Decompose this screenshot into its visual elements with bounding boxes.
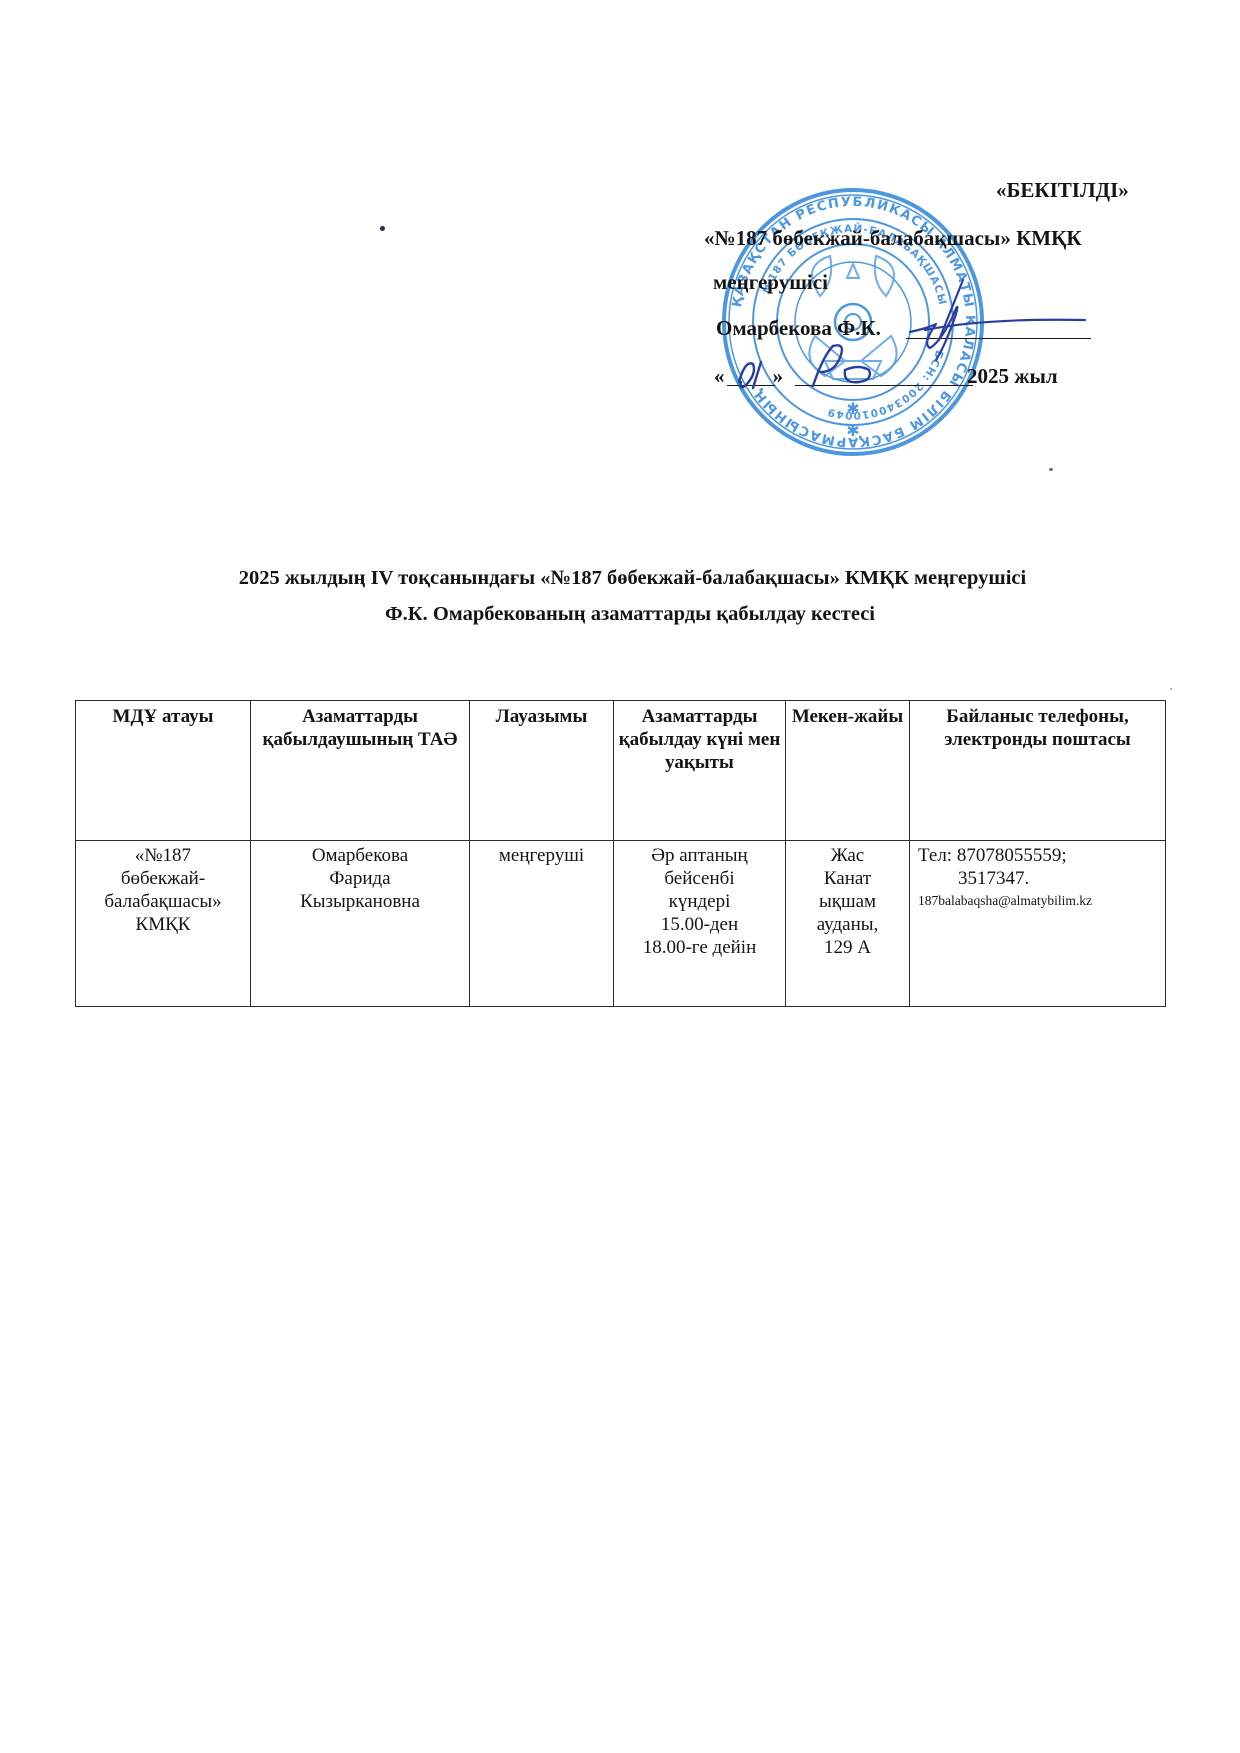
approval-organization: «№187 бөбекжай-балабақшасы» КМҚК	[704, 228, 1082, 249]
contact-phone: Тел: 87078055559;	[918, 844, 1161, 867]
scan-speck	[380, 226, 385, 231]
column-header-address: Мекен-жайы	[786, 701, 910, 841]
cell-schedule: Әр аптаның бейсенбі күндері 15.00-ден 18…	[614, 841, 786, 1007]
contact-email: 187balabaqsha@almatybilim.kz	[918, 890, 1161, 912]
column-header-schedule: Азаматтарды қабылдау күні мен уақыты	[614, 701, 786, 841]
column-header-full-name: Азаматтарды қабылдаушының ТАӘ	[251, 701, 470, 841]
scan-speck	[1170, 688, 1172, 690]
contact-phone-2: 3517347.	[918, 867, 1161, 890]
heading-line-1: 2025 жылдың IV тоқсанындағы «№187 бөбекж…	[0, 560, 1240, 596]
column-header-contact: Байланыс телефоны, электронды поштасы	[910, 701, 1166, 841]
approval-block: ҚАЗАҚСТАН РЕСПУБЛИКАСЫ АЛМАТЫ ҚАЛАСЫ БІЛ…	[0, 0, 1240, 480]
table-row: «№187 бөбекжай- балабақшасы» КМҚК Омарбе…	[76, 841, 1166, 1007]
heading-line-2: Ф.К. Омарбекованың азаматтарды қабылдау …	[0, 596, 1240, 632]
column-header-organization: МДҰ атауы	[76, 701, 251, 841]
cell-full-name: Омарбекова Фарида Кызыркановна	[251, 841, 470, 1007]
table-header-row: МДҰ атауы Азаматтарды қабылдаушының ТАӘ …	[76, 701, 1166, 841]
approval-title: «БЕКІТІЛДІ»	[996, 180, 1129, 201]
cell-address: Жас Канат ықшам ауданы, 129 А	[786, 841, 910, 1007]
reception-schedule-table: МДҰ атауы Азаматтарды қабылдаушының ТАӘ …	[75, 700, 1166, 1007]
cell-contact: Тел: 87078055559; 3517347. 187balabaqsha…	[910, 841, 1166, 1007]
cell-organization: «№187 бөбекжай- балабақшасы» КМҚК	[76, 841, 251, 1007]
handwritten-signature-icon	[715, 260, 1095, 420]
scan-speck	[1049, 468, 1053, 471]
column-header-position: Лауазымы	[470, 701, 614, 841]
cell-position: меңгеруші	[470, 841, 614, 1007]
document-heading: 2025 жылдың IV тоқсанындағы «№187 бөбекж…	[0, 560, 1240, 632]
svg-text:✱: ✱	[846, 421, 859, 440]
